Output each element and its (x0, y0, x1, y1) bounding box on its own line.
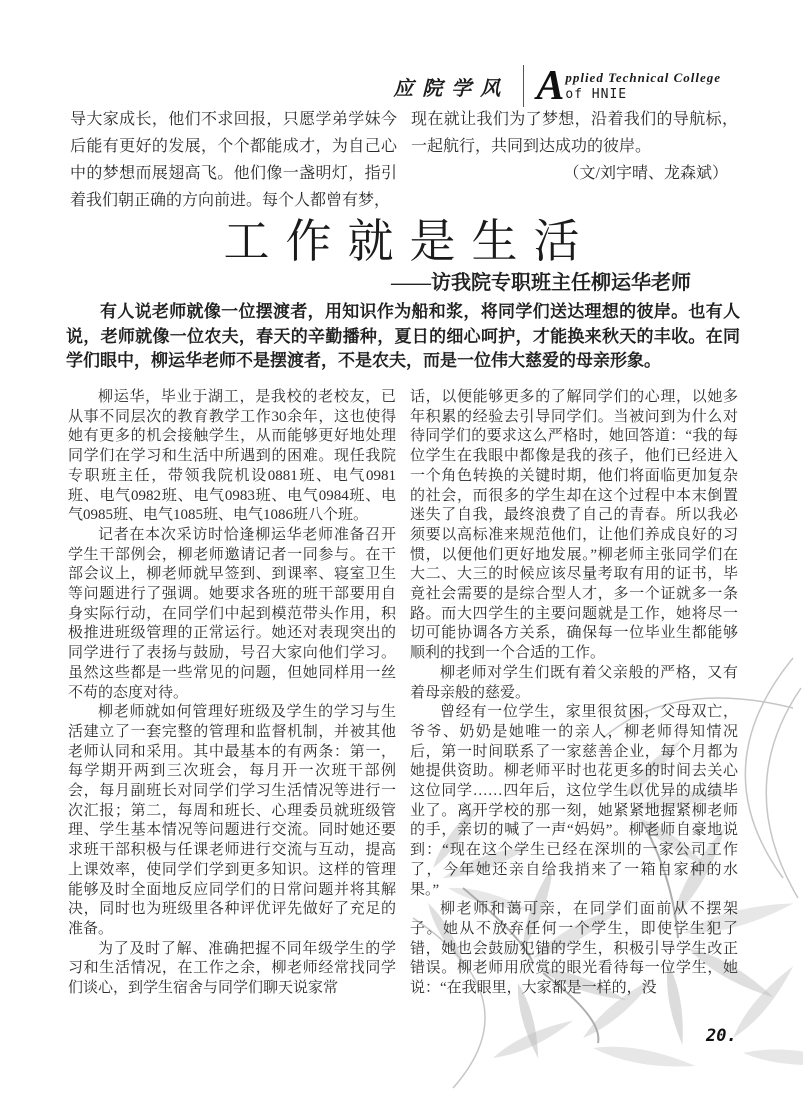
paragraph: 柳老师和蔼可亲，在同学们面前从不摆架子。她从不放弃任何一个学生，即使学生犯了错，… (410, 900, 738, 999)
magazine-page: 应院学风 A pplied Technical College of HNIE … (0, 0, 803, 1098)
page-number: 20. (706, 1026, 737, 1046)
previous-article-ending: 导大家成长，他们不求回报，只愿学弟学妹今后能有更好的发展，个个都能成才，为自己心… (70, 106, 738, 214)
logo-letter-a: A (536, 68, 564, 104)
prev-article-left-text: 导大家成长，他们不求回报，只愿学弟学妹今后能有更好的发展，个个都能成才，为自己心… (70, 106, 397, 214)
paragraph: 柳运华，毕业于湖工，是我校的老校友，已从事不同层次的教育教学工作30余年，这也使… (68, 388, 396, 526)
masthead-title: 应院学风 (393, 72, 509, 101)
paragraph: 为了及时了解、准确把握不同年级学生的学习和生活情况，在工作之余，柳老师经常找同学… (68, 940, 396, 999)
article-left-column: 柳运华，毕业于湖工，是我校的老校友，已从事不同层次的教育教学工作30余年，这也使… (68, 388, 396, 999)
prev-article-left-column: 导大家成长，他们不求回报，只愿学弟学妹今后能有更好的发展，个个都能成才，为自己心… (70, 106, 397, 214)
logo-college-name: pplied Technical College (565, 70, 721, 86)
paragraph: 记者在本次采访时恰逢柳运华老师准备召开学生干部例会，柳老师邀请记者一同参与。在干… (68, 526, 396, 703)
article-subtitle: ——访我院专职班主任柳运华老师 (0, 266, 803, 295)
article-lead: 有人说老师就像一位摆渡者，用知识作为船和浆，将同学们送达理想的彼岸。也有人说，老… (66, 300, 740, 374)
article-body: 柳运华，毕业于湖工，是我校的老校友，已从事不同层次的教育教学工作30余年，这也使… (68, 388, 738, 999)
paragraph-continuation: 话，以便能够更多的了解同学们的心理，以她多年积累的经验去引导同学们。当被问到为什… (410, 388, 738, 664)
prev-article-right-column: 现在就让我们为了梦想，沿着我们的导航标，一起航行，共同到达成功的彼岸。 （文/刘… (411, 106, 738, 214)
prev-article-right-text: 现在就让我们为了梦想，沿着我们的导航标，一起航行，共同到达成功的彼岸。 (411, 106, 738, 160)
paragraph: 柳老师就如何管理好班级及学生的学习与生活建立了一套完整的管理和监督机制，并被其他… (68, 703, 396, 939)
logo-college-abbrev: of HNIE (565, 87, 721, 102)
college-logo: A pplied Technical College of HNIE (536, 68, 721, 104)
prev-article-byline: （文/刘宇晴、龙森斌） (411, 160, 738, 187)
paragraph: 曾经有一位学生，家里很贫困，父母双亡，爷爷、奶奶是她唯一的亲人，柳老师得知情况后… (410, 703, 738, 900)
article-right-column: 话，以便能够更多的了解同学们的心理，以她多年积累的经验去引导同学们。当被问到为什… (410, 388, 738, 999)
page-header: 应院学风 A pplied Technical College of HNIE (0, 62, 803, 110)
paragraph: 柳老师对学生们既有着父亲般的严格，又有着母亲般的慈爱。 (410, 664, 738, 703)
article-title: 工作就是生活 (0, 205, 803, 271)
header-divider (523, 65, 524, 107)
